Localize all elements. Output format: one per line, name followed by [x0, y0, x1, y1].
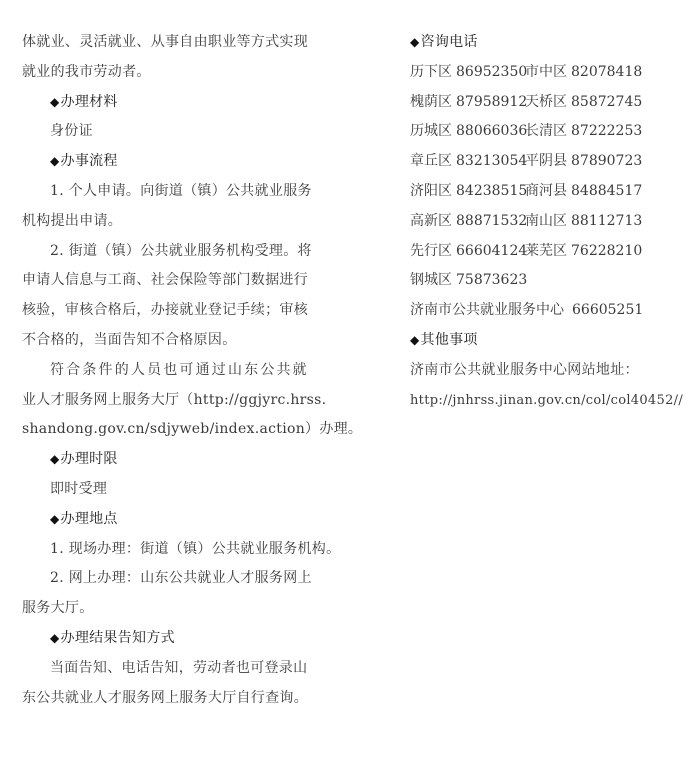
phone-entry: 章丘区83213054 — [410, 147, 525, 177]
district-name: 长清区 — [525, 123, 567, 139]
phone-number: 75873623 — [456, 272, 527, 288]
diamond-bullet-icon: ◆ — [50, 452, 60, 466]
process-line-4: 申请人信息与工商、社会保险等部门数据进行 — [22, 266, 307, 296]
diamond-bullet-icon: ◆ — [410, 35, 420, 49]
phone-entry: 济阳区84238515 — [410, 177, 525, 207]
district-name: 济阳区 — [410, 183, 452, 199]
phone-number: 88112713 — [571, 213, 642, 229]
process-line-6: 不合格的，当面告知不合格原因。 — [22, 326, 307, 356]
district-name: 先行区 — [410, 243, 452, 259]
phone-entry: 钢城区75873623 — [410, 266, 525, 296]
phone-number: 82078418 — [571, 64, 642, 80]
time-limit-heading: ◆办理时限 — [22, 445, 307, 475]
phone-entry: 市中区82078418 — [525, 58, 640, 88]
left-column: 体就业、灵活就业、从事自由职业等方式实现 就业的我市劳动者。 ◆办理材料 身份证… — [22, 28, 307, 713]
phone-number: 84238515 — [456, 183, 527, 199]
phone-number: 86952350 — [456, 64, 527, 80]
process-line-2: 机构提出申请。 — [22, 207, 307, 237]
district-name: 高新区 — [410, 213, 452, 229]
phone-entry: 商河县84884517 — [525, 177, 640, 207]
phone-row: 钢城区75873623 — [410, 266, 680, 296]
diamond-bullet-icon: ◆ — [50, 512, 60, 526]
district-name: 商河县 — [525, 183, 567, 199]
service-center-name: 济南市公共就业服务中心 — [410, 296, 564, 326]
phone-row: 先行区66604124 莱芜区76228210 — [410, 237, 680, 267]
phone-entry: 长清区87222253 — [525, 117, 640, 147]
district-name: 钢城区 — [410, 272, 452, 288]
time-limit-content: 即时受理 — [22, 475, 307, 505]
district-name: 天桥区 — [525, 94, 567, 110]
district-name: 莱芜区 — [525, 243, 567, 259]
diamond-bullet-icon: ◆ — [50, 154, 60, 168]
process-heading-text: 办事流程 — [61, 153, 118, 169]
materials-content: 身份证 — [22, 117, 307, 147]
phone-entry: 高新区88871532 — [410, 207, 525, 237]
location-heading: ◆办理地点 — [22, 505, 307, 535]
website-link[interactable]: http://jnhrss.jinan.gov.cn/col/col40452/… — [410, 386, 680, 416]
other-heading: ◆其他事项 — [410, 326, 680, 356]
materials-heading-text: 办理材料 — [61, 94, 118, 110]
phone-row: 高新区88871532 南山区88112713 — [410, 207, 680, 237]
process-line-1: 1. 个人申请。向街道（镇）公共就业服务 — [22, 177, 307, 207]
district-name: 槐荫区 — [410, 94, 452, 110]
district-name: 章丘区 — [410, 153, 452, 169]
intro-line-1: 体就业、灵活就业、从事自由职业等方式实现 — [22, 28, 307, 58]
location-line-1: 1. 现场办理：街道（镇）公共就业服务机构。 — [22, 535, 307, 565]
phone-entry: 天桥区85872745 — [525, 88, 640, 118]
result-notice-line-2: 东公共就业人才服务网上服务大厅自行查询。 — [22, 684, 307, 714]
phone-entry: 先行区66604124 — [410, 237, 525, 267]
phone-entry: 南山区88112713 — [525, 207, 640, 237]
phone-number: 76228210 — [571, 243, 642, 259]
phone-number: 87222253 — [571, 123, 642, 139]
phone-number: 87890723 — [571, 153, 642, 169]
service-center-phone: 济南市公共就业服务中心66605251 — [410, 296, 680, 326]
diamond-bullet-icon: ◆ — [50, 631, 60, 645]
phone-number: 83213054 — [456, 153, 527, 169]
diamond-bullet-icon: ◆ — [50, 95, 60, 109]
process-line-7: 符合条件的人员也可通过山东公共就 — [22, 356, 307, 386]
result-notice-heading-text: 办理结果告知方式 — [61, 630, 175, 646]
location-heading-text: 办理地点 — [61, 511, 118, 527]
materials-heading: ◆办理材料 — [22, 88, 307, 118]
phone-number: 88066036 — [456, 123, 527, 139]
intro-line-2: 就业的我市劳动者。 — [22, 58, 307, 88]
phone-row: 历下区86952350 市中区82078418 — [410, 58, 680, 88]
other-heading-text: 其他事项 — [421, 332, 478, 348]
phone-entry: 莱芜区76228210 — [525, 237, 640, 267]
process-line-8[interactable]: 业人才服务网上服务大厅（http://ggjyrc.hrss. — [22, 386, 307, 416]
service-center-number: 66605251 — [572, 296, 643, 326]
district-name: 市中区 — [525, 64, 567, 80]
phone-row: 章丘区83213054 平阴县87890723 — [410, 147, 680, 177]
phone-row: 槐荫区87958912 天桥区85872745 — [410, 88, 680, 118]
district-name: 南山区 — [525, 213, 567, 229]
district-name: 平阴县 — [525, 153, 567, 169]
process-line-5: 核验，审核合格后，办接就业登记手续；审核 — [22, 296, 307, 326]
phone-entry: 槐荫区87958912 — [410, 88, 525, 118]
hotline-heading: ◆咨询电话 — [410, 28, 680, 58]
hotline-heading-text: 咨询电话 — [421, 34, 478, 50]
phone-entry: 平阴县87890723 — [525, 147, 640, 177]
location-line-3: 服务大厅。 — [22, 594, 307, 624]
time-limit-heading-text: 办理时限 — [61, 451, 118, 467]
district-name: 历下区 — [410, 64, 452, 80]
location-line-2: 2. 网上办理：山东公共就业人才服务网上 — [22, 564, 307, 594]
other-line-1: 济南市公共就业服务中心网站地址： — [410, 356, 680, 386]
diamond-bullet-icon: ◆ — [410, 333, 420, 347]
process-line-9[interactable]: shandong.gov.cn/sdjyweb/index.action）办理。 — [22, 415, 307, 445]
district-name: 历城区 — [410, 123, 452, 139]
phone-entry: 历下区86952350 — [410, 58, 525, 88]
phone-entry: 历城区88066036 — [410, 117, 525, 147]
phone-number: 84884517 — [571, 183, 642, 199]
phone-row: 历城区88066036 长清区87222253 — [410, 117, 680, 147]
phone-number: 66604124 — [456, 243, 527, 259]
phone-number: 88871532 — [456, 213, 527, 229]
phone-number: 85872745 — [571, 94, 642, 110]
result-notice-heading: ◆办理结果告知方式 — [22, 624, 307, 654]
process-line-3: 2. 街道（镇）公共就业服务机构受理。将 — [22, 237, 307, 267]
result-notice-line-1: 当面告知、电话告知，劳动者也可登录山 — [22, 654, 307, 684]
phone-number: 87958912 — [456, 94, 527, 110]
process-heading: ◆办事流程 — [22, 147, 307, 177]
phone-row: 济阳区84238515 商河县84884517 — [410, 177, 680, 207]
right-column: ◆咨询电话 历下区86952350 市中区82078418 槐荫区8795891… — [410, 28, 680, 415]
